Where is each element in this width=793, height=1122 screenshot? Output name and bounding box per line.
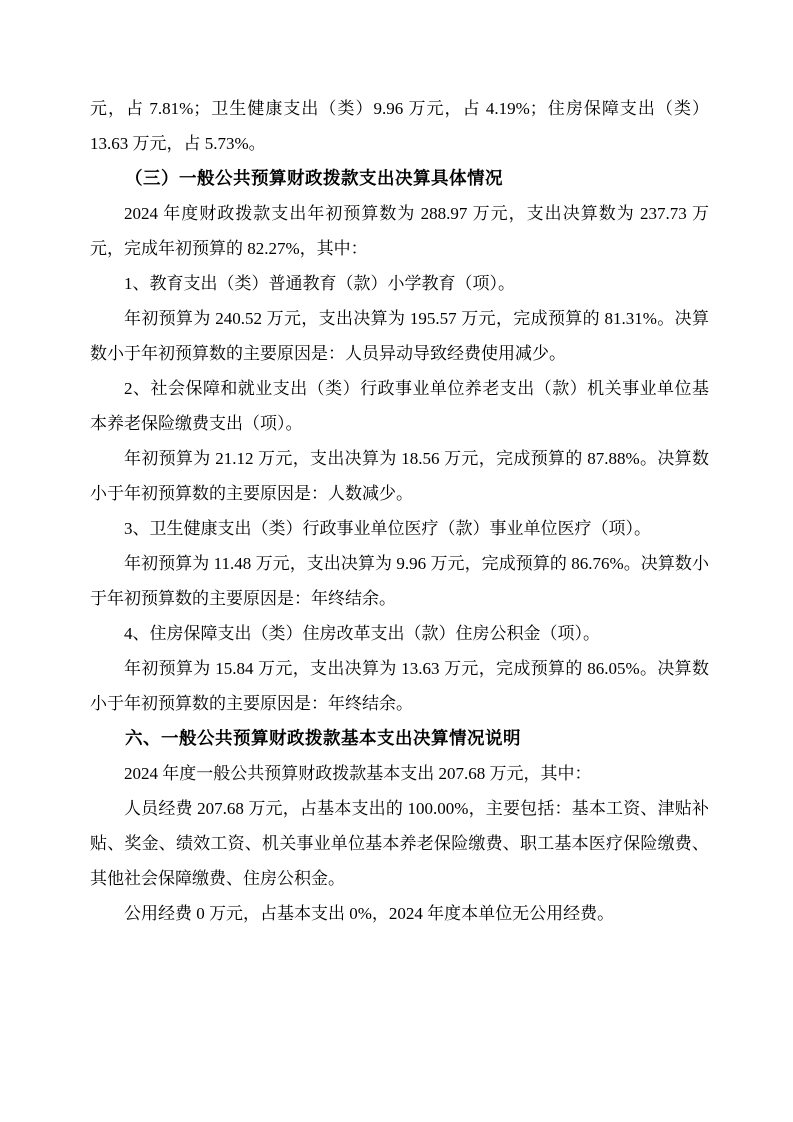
paragraph: 人员经费 207.68 万元，占基本支出的 100.00%，主要包括：基本工资、… [90,791,709,896]
document-page: 元，占 7.81%；卫生健康支出（类）9.96 万元，占 4.19%；住房保障支… [0,0,793,1122]
document-content: 元，占 7.81%；卫生健康支出（类）9.96 万元，占 4.19%；住房保障支… [90,91,709,931]
paragraph-item-2: 2、社会保障和就业支出（类）行政事业单位养老支出（款）机关事业单位基本养老保险缴… [90,371,709,441]
section-heading-liu: 六、一般公共预算财政拨款基本支出决算情况说明 [90,721,709,756]
paragraph: 2024 年度财政拨款支出年初预算数为 288.97 万元，支出决算数为 237… [90,196,709,266]
paragraph: 2024 年度一般公共预算财政拨款基本支出 207.68 万元，其中： [90,756,709,791]
paragraph: 年初预算为 11.48 万元，支出决算为 9.96 万元，完成预算的 86.76… [90,546,709,616]
paragraph-item-4: 4、住房保障支出（类）住房改革支出（款）住房公积金（项）。 [90,616,709,651]
paragraph-item-1: 1、教育支出（类）普通教育（款）小学教育（项）。 [90,266,709,301]
paragraph-item-3: 3、卫生健康支出（类）行政事业单位医疗（款）事业单位医疗（项）。 [90,511,709,546]
paragraph: 公用经费 0 万元，占基本支出 0%，2024 年度本单位无公用经费。 [90,896,709,931]
paragraph: 年初预算为 15.84 万元，支出决算为 13.63 万元，完成预算的 86.0… [90,651,709,721]
paragraph: 年初预算为 240.52 万元，支出决算为 195.57 万元，完成预算的 81… [90,301,709,371]
paragraph: 年初预算为 21.12 万元，支出决算为 18.56 万元，完成预算的 87.8… [90,441,709,511]
paragraph-continuation: 元，占 7.81%；卫生健康支出（类）9.96 万元，占 4.19%；住房保障支… [90,91,709,161]
section-heading-san: （三）一般公共预算财政拨款支出决算具体情况 [90,161,709,196]
